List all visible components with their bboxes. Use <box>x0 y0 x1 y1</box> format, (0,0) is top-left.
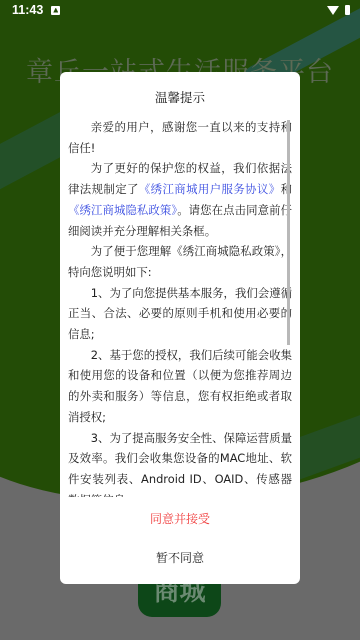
paragraph-item-3: 3、为了提高服务安全性、保障运营质量及效率。我们会收集您设备的MAC地址、软件安… <box>68 428 292 497</box>
status-bar: 11:43 <box>0 0 360 20</box>
wifi-icon <box>327 6 339 15</box>
dialog-content[interactable]: 亲爱的用户，感谢您一直以来的支持和信任! 为了更好的保护您的权益，我们依据法律法… <box>68 117 292 497</box>
paragraph-agreements: 为了更好的保护您的权益，我们依据法律法规制定了《绣江商城用户服务协议》和《绣江商… <box>68 158 292 241</box>
status-time: 11:43 <box>12 3 43 17</box>
paragraph-item-1: 1、为了向您提供基本服务，我们会遵循正当、合法、必要的原则手机和使用必要的信息; <box>68 283 292 345</box>
dialog-title: 温馨提示 <box>60 72 300 114</box>
paragraph-intro: 为了便于您理解《绣江商城隐私政策》，特向您说明如下: <box>68 241 292 282</box>
paragraph-greeting: 亲爱的用户，感谢您一直以来的支持和信任! <box>68 117 292 158</box>
user-agreement-link[interactable]: 《绣江商城用户服务协议》 <box>139 182 281 196</box>
privacy-dialog: 温馨提示 亲爱的用户，感谢您一直以来的支持和信任! 为了更好的保护您的权益，我们… <box>60 72 300 584</box>
privacy-policy-link[interactable]: 《绣江商城隐私政策》 <box>68 203 177 217</box>
scrollbar[interactable] <box>287 120 290 345</box>
agree-button[interactable]: 同意并接受 <box>60 499 300 539</box>
battery-icon <box>345 5 350 15</box>
disagree-button[interactable]: 暂不同意 <box>60 538 300 578</box>
paragraph-item-2: 2、基于您的授权，我们后续可能会收集和使用您的设备和位置（以便为您推荐周边的外卖… <box>68 345 292 428</box>
notification-icon <box>51 6 60 15</box>
